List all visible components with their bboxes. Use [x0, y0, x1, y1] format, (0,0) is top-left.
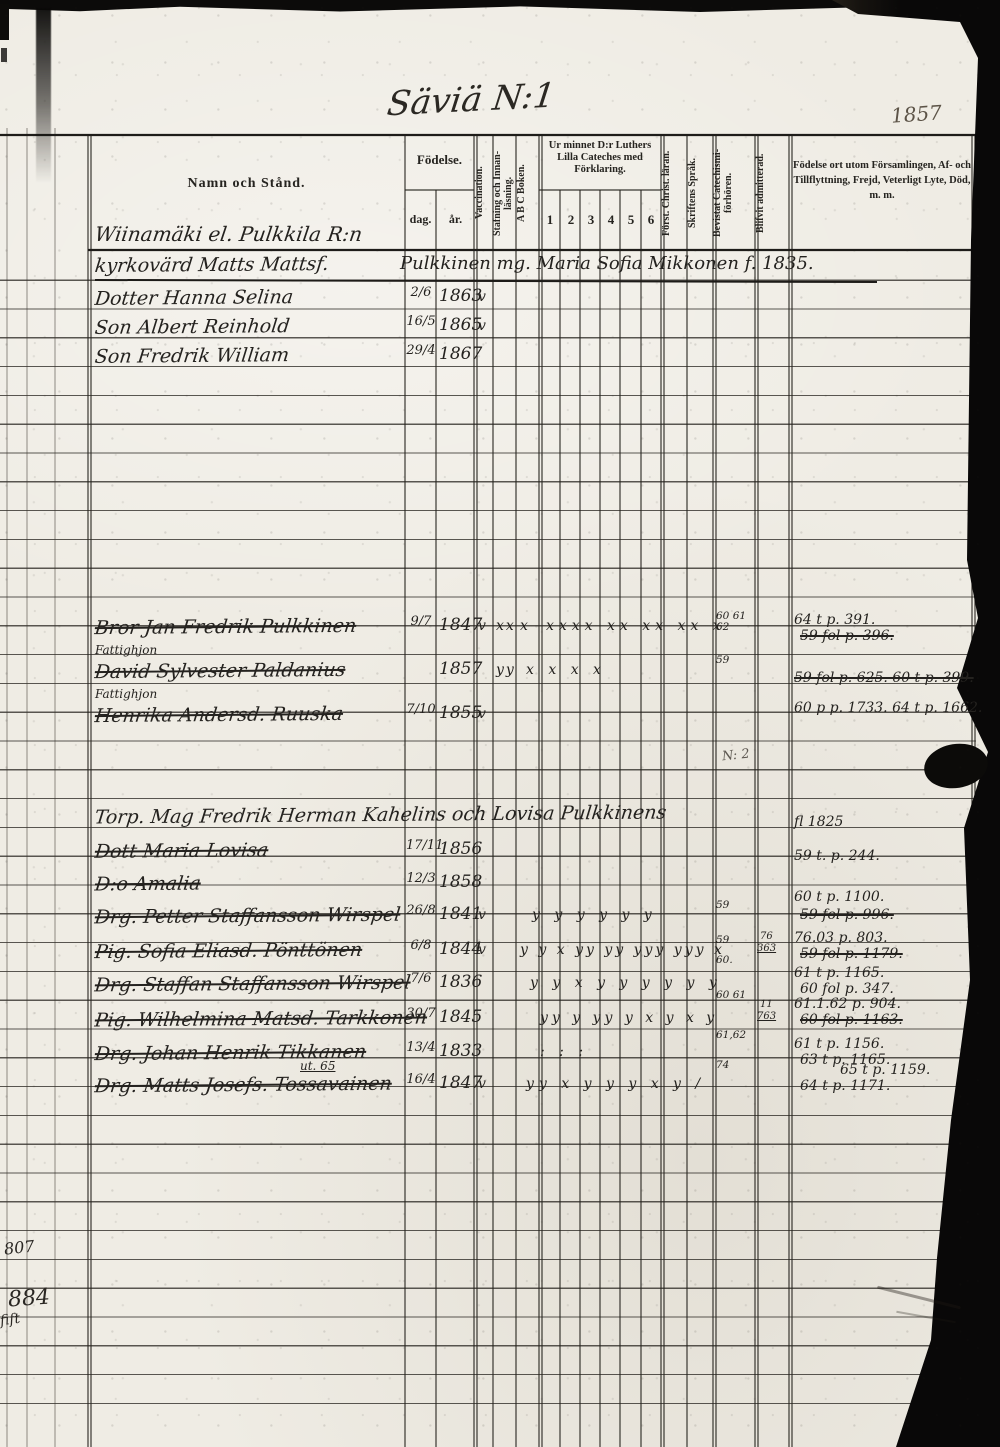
note-line1: 61.1.62 p. 904. — [794, 996, 901, 1012]
birth-day: 17/11 — [406, 838, 436, 853]
col-header-forst-christ: Först. Christ. läran. — [661, 140, 687, 246]
birth-day: 13/4 — [406, 1040, 436, 1055]
birth-day: 16/4 — [406, 1072, 436, 1087]
birth-day: 12/3 — [406, 871, 436, 886]
catechism-marks: yy x y y y x y / — [526, 1076, 705, 1092]
col-header-catechism: Ur minnet D:r Luthers Lilla Cateches med… — [539, 140, 661, 176]
admitted-top: 76 — [760, 931, 773, 942]
birth-day: 2/6 — [406, 285, 436, 300]
birth-day: 7/10 — [406, 702, 436, 717]
row-title: Fattighjon — [95, 643, 157, 657]
note-line1: 65 t p. 1159. — [840, 1062, 930, 1078]
bevistat-years: 60 61 — [716, 990, 754, 1001]
catechism-col-1: 1 — [540, 212, 560, 228]
birth-year: 1836 — [439, 972, 482, 992]
table-row: Fattighjon Henrika Andersd. Ruuska 7/10 … — [0, 700, 1000, 733]
row-name: Dotter Hanna Selina — [94, 286, 295, 310]
catechism-marks: y y x y y y y y y — [530, 975, 722, 991]
col-header-fodelseort: Födelse ort utom Församlingen, Af- och T… — [791, 158, 973, 203]
note-line2: 64 t p. 1171. — [800, 1078, 890, 1094]
col-header-vaccination: Vaccination. — [474, 140, 493, 246]
margin-number: 807 — [3, 1236, 35, 1258]
birth-day: 30/7 — [406, 1006, 436, 1021]
row-name: Drg. Petter Staffansson Wirspel — [94, 904, 402, 929]
catechism-col-4: 4 — [601, 212, 621, 228]
table-row: Drg. Matts Josefs. Tossavainen ut. 65 16… — [0, 1070, 1000, 1103]
stafning-mark: xx — [496, 618, 516, 634]
col-header-namn: Namn och Stånd. — [88, 176, 405, 192]
birth-day: 6/8 — [406, 938, 436, 953]
row-continuation: Pulkkinen mg. Maria Sofia Mikkonen f. 18… — [400, 253, 814, 274]
col-header-stafning: Stafning och Innan-läsning. — [492, 140, 516, 246]
table-row: Pig. Wilhelmina Matsd. Tarkkonen 30/7 18… — [0, 1004, 1000, 1037]
row-name: Son Albert Reinhold — [94, 315, 291, 339]
birth-year: 1858 — [439, 872, 482, 892]
table-row: Torp. Mag Fredrik Herman Kahelins och Lo… — [0, 800, 1000, 833]
row-annotation: ut. 65 — [300, 1059, 335, 1073]
admitted-bottom: 763 — [757, 1011, 776, 1022]
vaccination-mark: v — [478, 942, 486, 958]
col-header-fodelse: Födelse. — [405, 152, 474, 168]
vaccination-mark: v — [478, 318, 486, 334]
birth-day: 7/6 — [406, 971, 436, 986]
vaccination-mark: v — [478, 289, 486, 305]
admitted-bottom: 363 — [757, 943, 776, 954]
scan-mark — [1, 48, 7, 62]
row-name: D:o Amalia — [94, 873, 202, 896]
birth-year: 1847 — [439, 615, 482, 635]
birth-year: 1865 — [439, 315, 482, 335]
note-line1: 59 fol p. 625. 60 t p. 399. — [794, 670, 974, 686]
row-name: Torp. Mag Fredrik Herman Kahelins och Lo… — [93, 802, 667, 829]
row-name: Drg. Matts Josefs. Tossavainen — [94, 1073, 393, 1098]
note-line2: 59 fol p. 396. — [800, 628, 894, 644]
table-row: Fattighjon David Sylvester Paldanius 185… — [0, 656, 1000, 689]
row-title: Fattighjon — [95, 687, 157, 701]
vaccination-mark: v — [478, 907, 486, 923]
row-name: David Sylvester Paldanius — [94, 659, 347, 683]
margin-number: 884 — [7, 1285, 51, 1313]
margin-scribble: fift — [0, 1311, 21, 1330]
bevistat-years: 59 — [716, 655, 754, 666]
stafning-mark: yy — [496, 662, 516, 678]
note-line2: 59 fol p. 996. — [800, 907, 894, 923]
note-line1: 60 p p. 1733. 64 t p. 1662. — [794, 700, 982, 716]
birth-year: 1844 — [439, 939, 482, 959]
birth-year: 1841 — [439, 904, 482, 924]
note-line1: 61 t p. 1156. — [794, 1036, 884, 1052]
catechism-marks: xxxx xx xx xx x — [546, 618, 726, 634]
birth-year: 1847 — [439, 1073, 482, 1093]
note-line2: 60 fol p. 347. — [800, 981, 894, 997]
bevistat-years: 60. — [716, 955, 754, 966]
birth-year: 1863 — [439, 286, 482, 306]
catechism-col-3: 3 — [581, 212, 601, 228]
birth-day: 26/8 — [406, 903, 436, 918]
scan-mark — [0, 4, 9, 40]
abc-mark: x — [520, 618, 528, 634]
table-row: Dott Maria Lovisa 17/11 1856 59 t. p. 24… — [0, 836, 1000, 869]
note-line2: 59 fol p. 1179. — [800, 946, 903, 962]
admitted-top: 11 — [760, 999, 773, 1010]
vaccination-mark: v — [478, 618, 486, 634]
note-line1: 76.03 p. 803. — [794, 930, 888, 946]
catechism-col-2: 2 — [561, 212, 581, 228]
col-header-bevistat: Bevistat Catechismi-förhören. — [712, 140, 755, 246]
bevistat-years: 61,62 — [716, 1030, 754, 1041]
birth-year: 1855 — [439, 703, 482, 723]
birth-year: 1845 — [439, 1007, 482, 1027]
row-name: kyrkovärd Matts Mattsf. — [94, 253, 330, 277]
note-line1: fl 1825 — [794, 814, 843, 830]
birth-day: 16/5 — [406, 314, 436, 329]
margin-mark: N: 2 — [721, 747, 750, 765]
row-name: Henrika Andersd. Ruuska — [94, 703, 345, 727]
row-name: Dott Maria Lovisa — [94, 839, 270, 863]
row-name: Bror Jan Fredrik Pulkkinen — [94, 615, 358, 639]
catechism-marks: : : : — [540, 1044, 588, 1060]
table-row: kyrkovärd Matts Mattsf. Pulkkinen mg. Ma… — [0, 250, 1000, 283]
row-name: Pig. Wilhelmina Matsd. Tarkkonen — [94, 1007, 429, 1032]
binding-smudge — [36, 8, 51, 183]
note-line2: 60 fol p. 1163. — [800, 1012, 903, 1028]
birth-year: 1833 — [439, 1041, 482, 1061]
catechism-marks: y y y y y y — [532, 907, 657, 923]
birth-year: 1867 — [439, 344, 482, 364]
bevistat-years: 74 — [716, 1060, 754, 1071]
note-line1: 64 t p. 391. — [794, 612, 875, 628]
group-heading: Wiinamäki el. Pulkkila R:n — [93, 222, 364, 246]
birth-year: 1857 — [439, 659, 482, 679]
bevistat-years: 59 — [716, 900, 754, 911]
row-name: Drg. Staffan Staffansson Wirspel — [94, 972, 412, 997]
row-name: Pig. Sofia Eliasd. Pönttönen — [94, 939, 364, 963]
vaccination-mark: v — [478, 706, 486, 722]
note-line1: 59 t. p. 244. — [794, 848, 880, 864]
col-header-dag: dag. — [405, 212, 436, 227]
catechism-marks: x x x x — [526, 662, 606, 678]
note-line1: 61 t p. 1165. — [794, 965, 884, 981]
col-header-ar: år. — [437, 212, 474, 227]
bevistat-years: 59 — [716, 935, 754, 946]
catechism-col-5: 5 — [621, 212, 641, 228]
scanned-ledger-page: Säviä N:1 1857 Namn och Stånd. Födelse. … — [0, 0, 1000, 1447]
col-header-skriftens: Skriftens Språk. — [687, 140, 713, 246]
catechism-marks: yy y yy y x y x y — [540, 1010, 718, 1026]
birth-day: 29/4 — [406, 343, 436, 358]
birth-day: 9/7 — [406, 614, 436, 629]
row-name: Son Fredrik William — [94, 344, 291, 368]
col-header-blifvit: Blifvit admitterad. — [755, 140, 789, 246]
bevistat-years: 60 61 62 — [716, 611, 754, 633]
birth-year: 1856 — [439, 839, 482, 859]
corner-year: 1857 — [890, 100, 942, 127]
catechism-col-6: 6 — [641, 212, 661, 228]
note-line1: 60 t p. 1100. — [794, 889, 884, 905]
catechism-marks: y y x yy yy yyy yyy x — [520, 942, 725, 958]
col-header-abc-boken: A B C Boken. — [516, 140, 539, 246]
vaccination-mark: v — [478, 1076, 486, 1092]
table-row: Bror Jan Fredrik Pulkkinen 9/7 1847 v xx… — [0, 612, 1000, 645]
table-row: Son Fredrik William 29/4 1867 — [0, 341, 1000, 374]
